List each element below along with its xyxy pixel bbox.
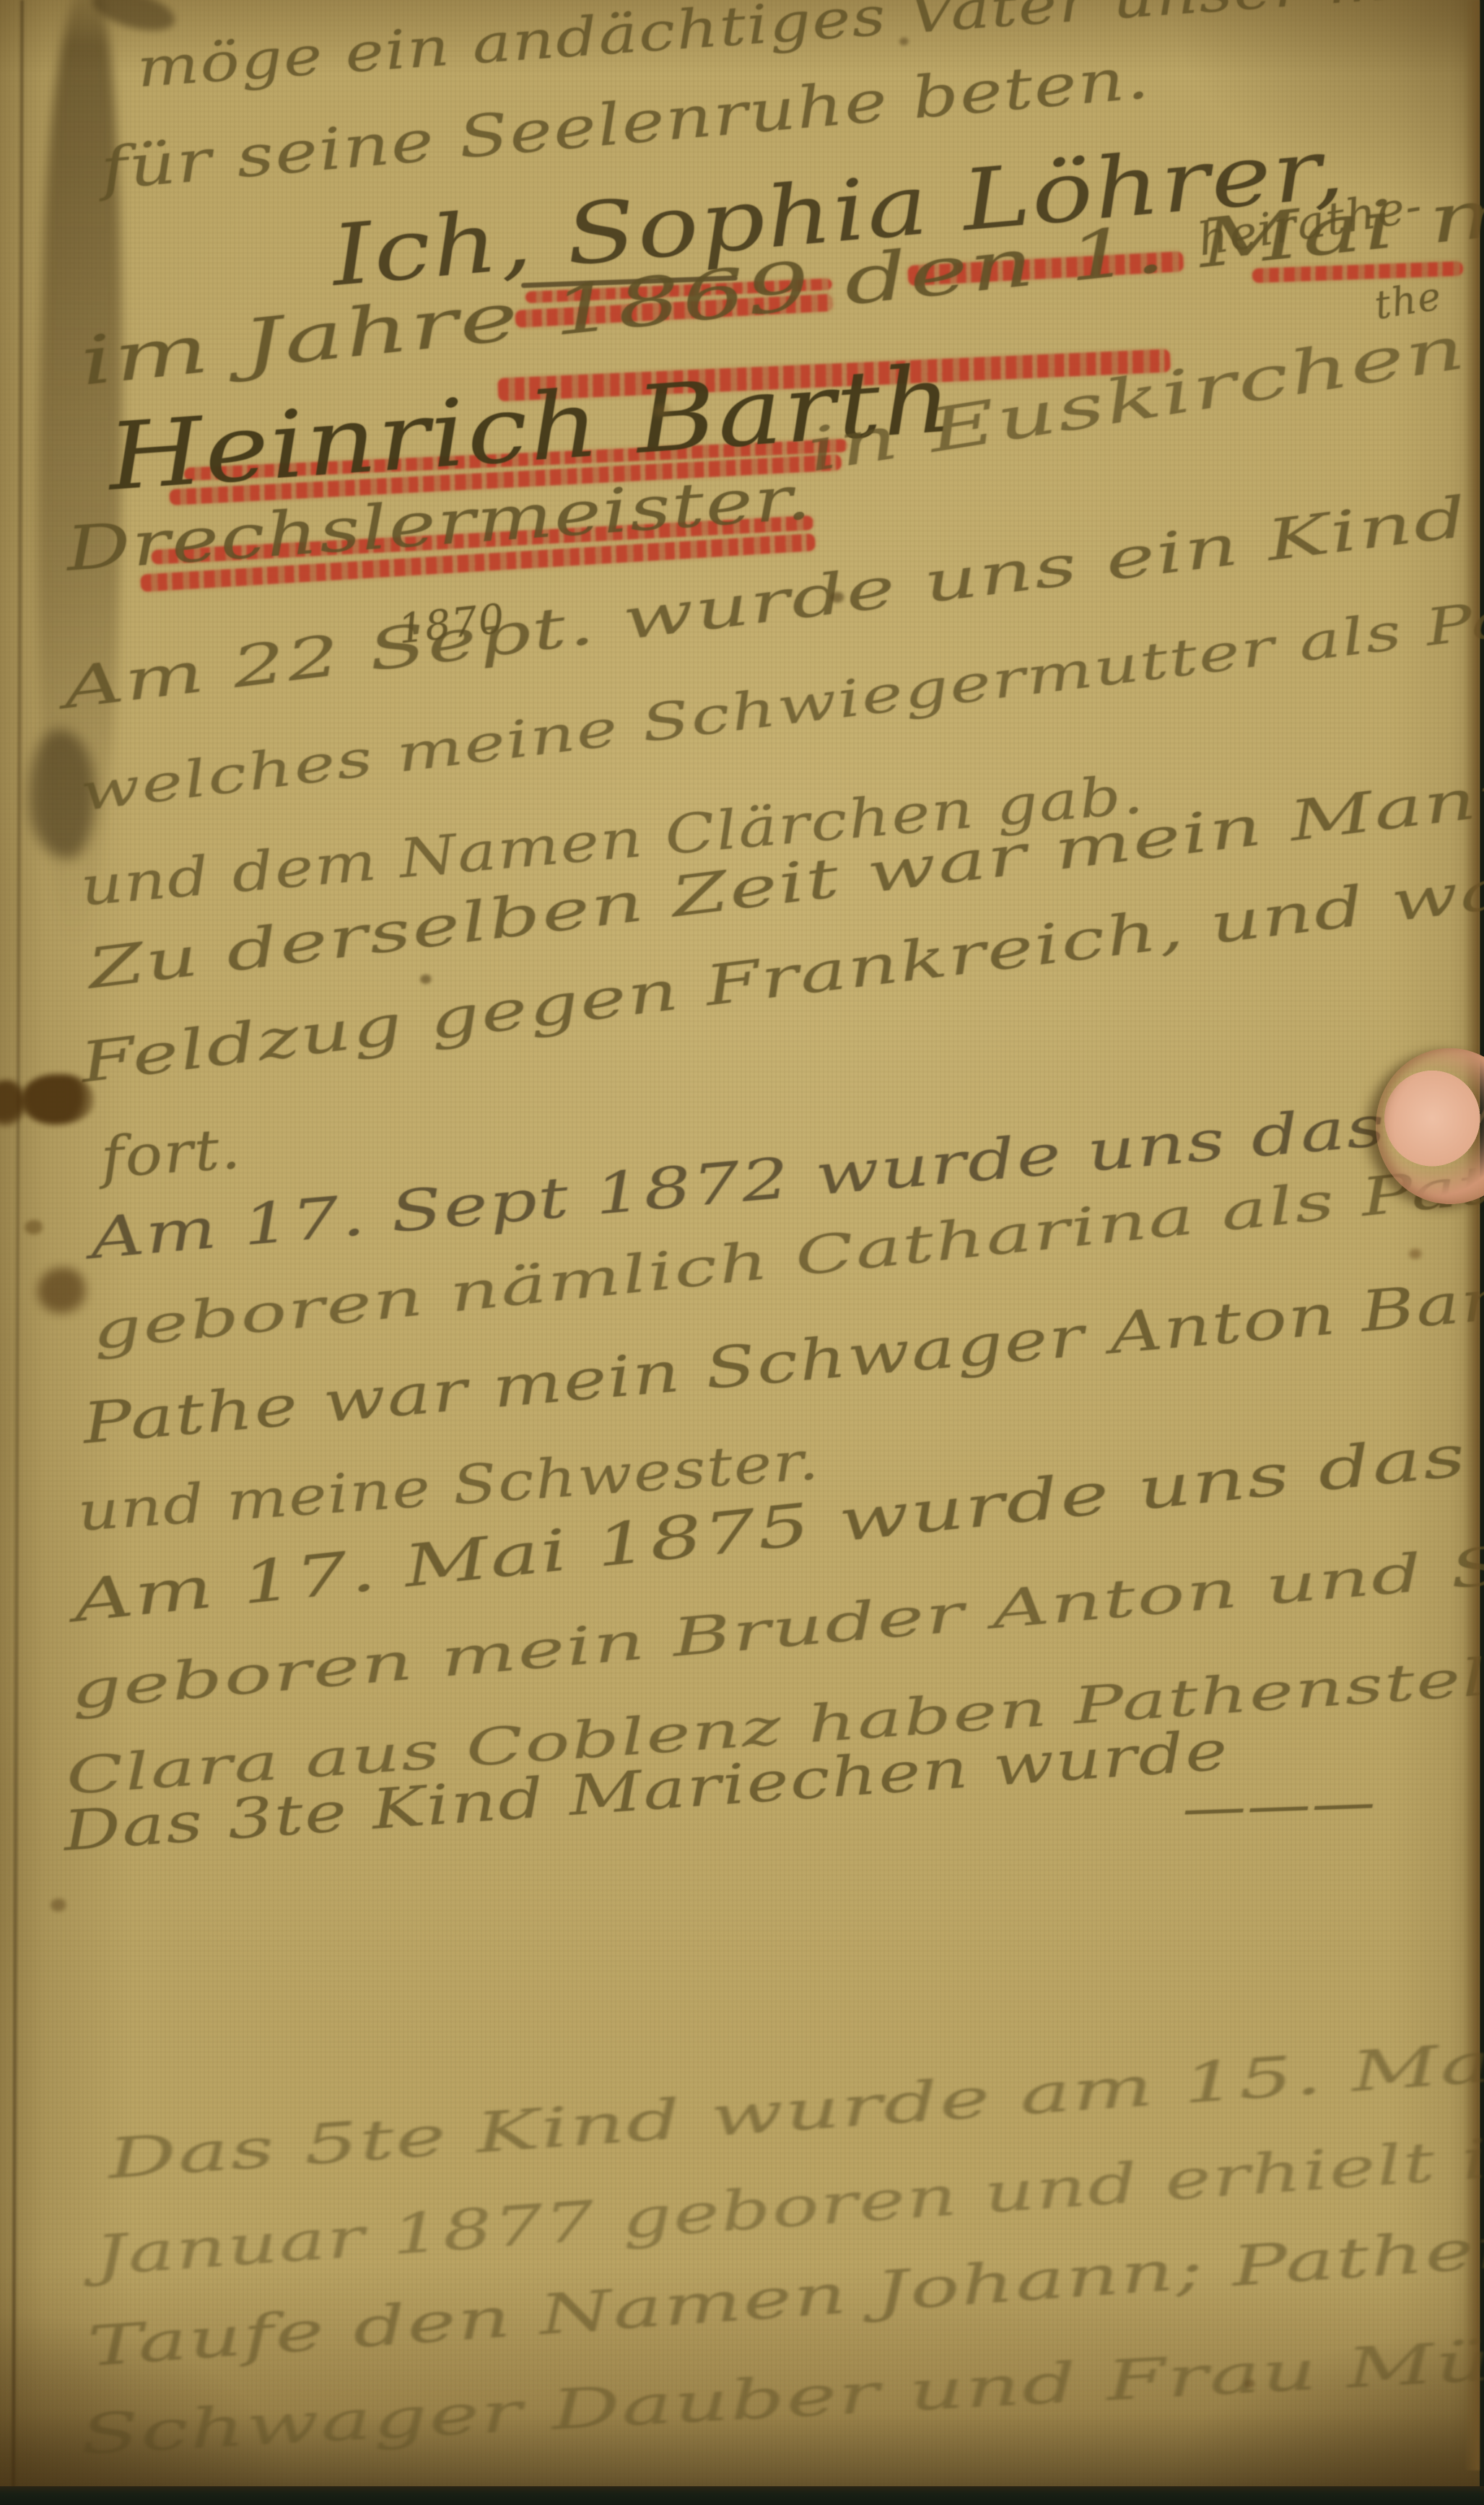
right-page-edge — [1464, 0, 1480, 2470]
stain-blotch-lower — [38, 1268, 87, 1314]
stain-speck-mid — [830, 592, 844, 603]
stain-blotch-edge — [0, 1080, 25, 1126]
stain-speck-bottom — [1244, 2379, 1255, 2388]
stains-layer — [0, 0, 1480, 2488]
stain-freckle-barth — [652, 404, 671, 417]
stain-blotch-large — [20, 1074, 94, 1125]
scanned-page: möge ein andächtiges Vater unser mehrfür… — [0, 0, 1484, 2505]
stain-speck-left — [25, 1220, 43, 1234]
stain-speck-zeit — [420, 975, 432, 984]
stain-speck-top — [899, 38, 909, 45]
stain-rust-right — [1409, 1249, 1422, 1259]
book-bottom-edge — [0, 2486, 1484, 2505]
page-paper: möge ein andächtiges Vater unser mehrfür… — [0, 0, 1480, 2488]
stain-speck-bottom-left — [51, 1899, 66, 1912]
